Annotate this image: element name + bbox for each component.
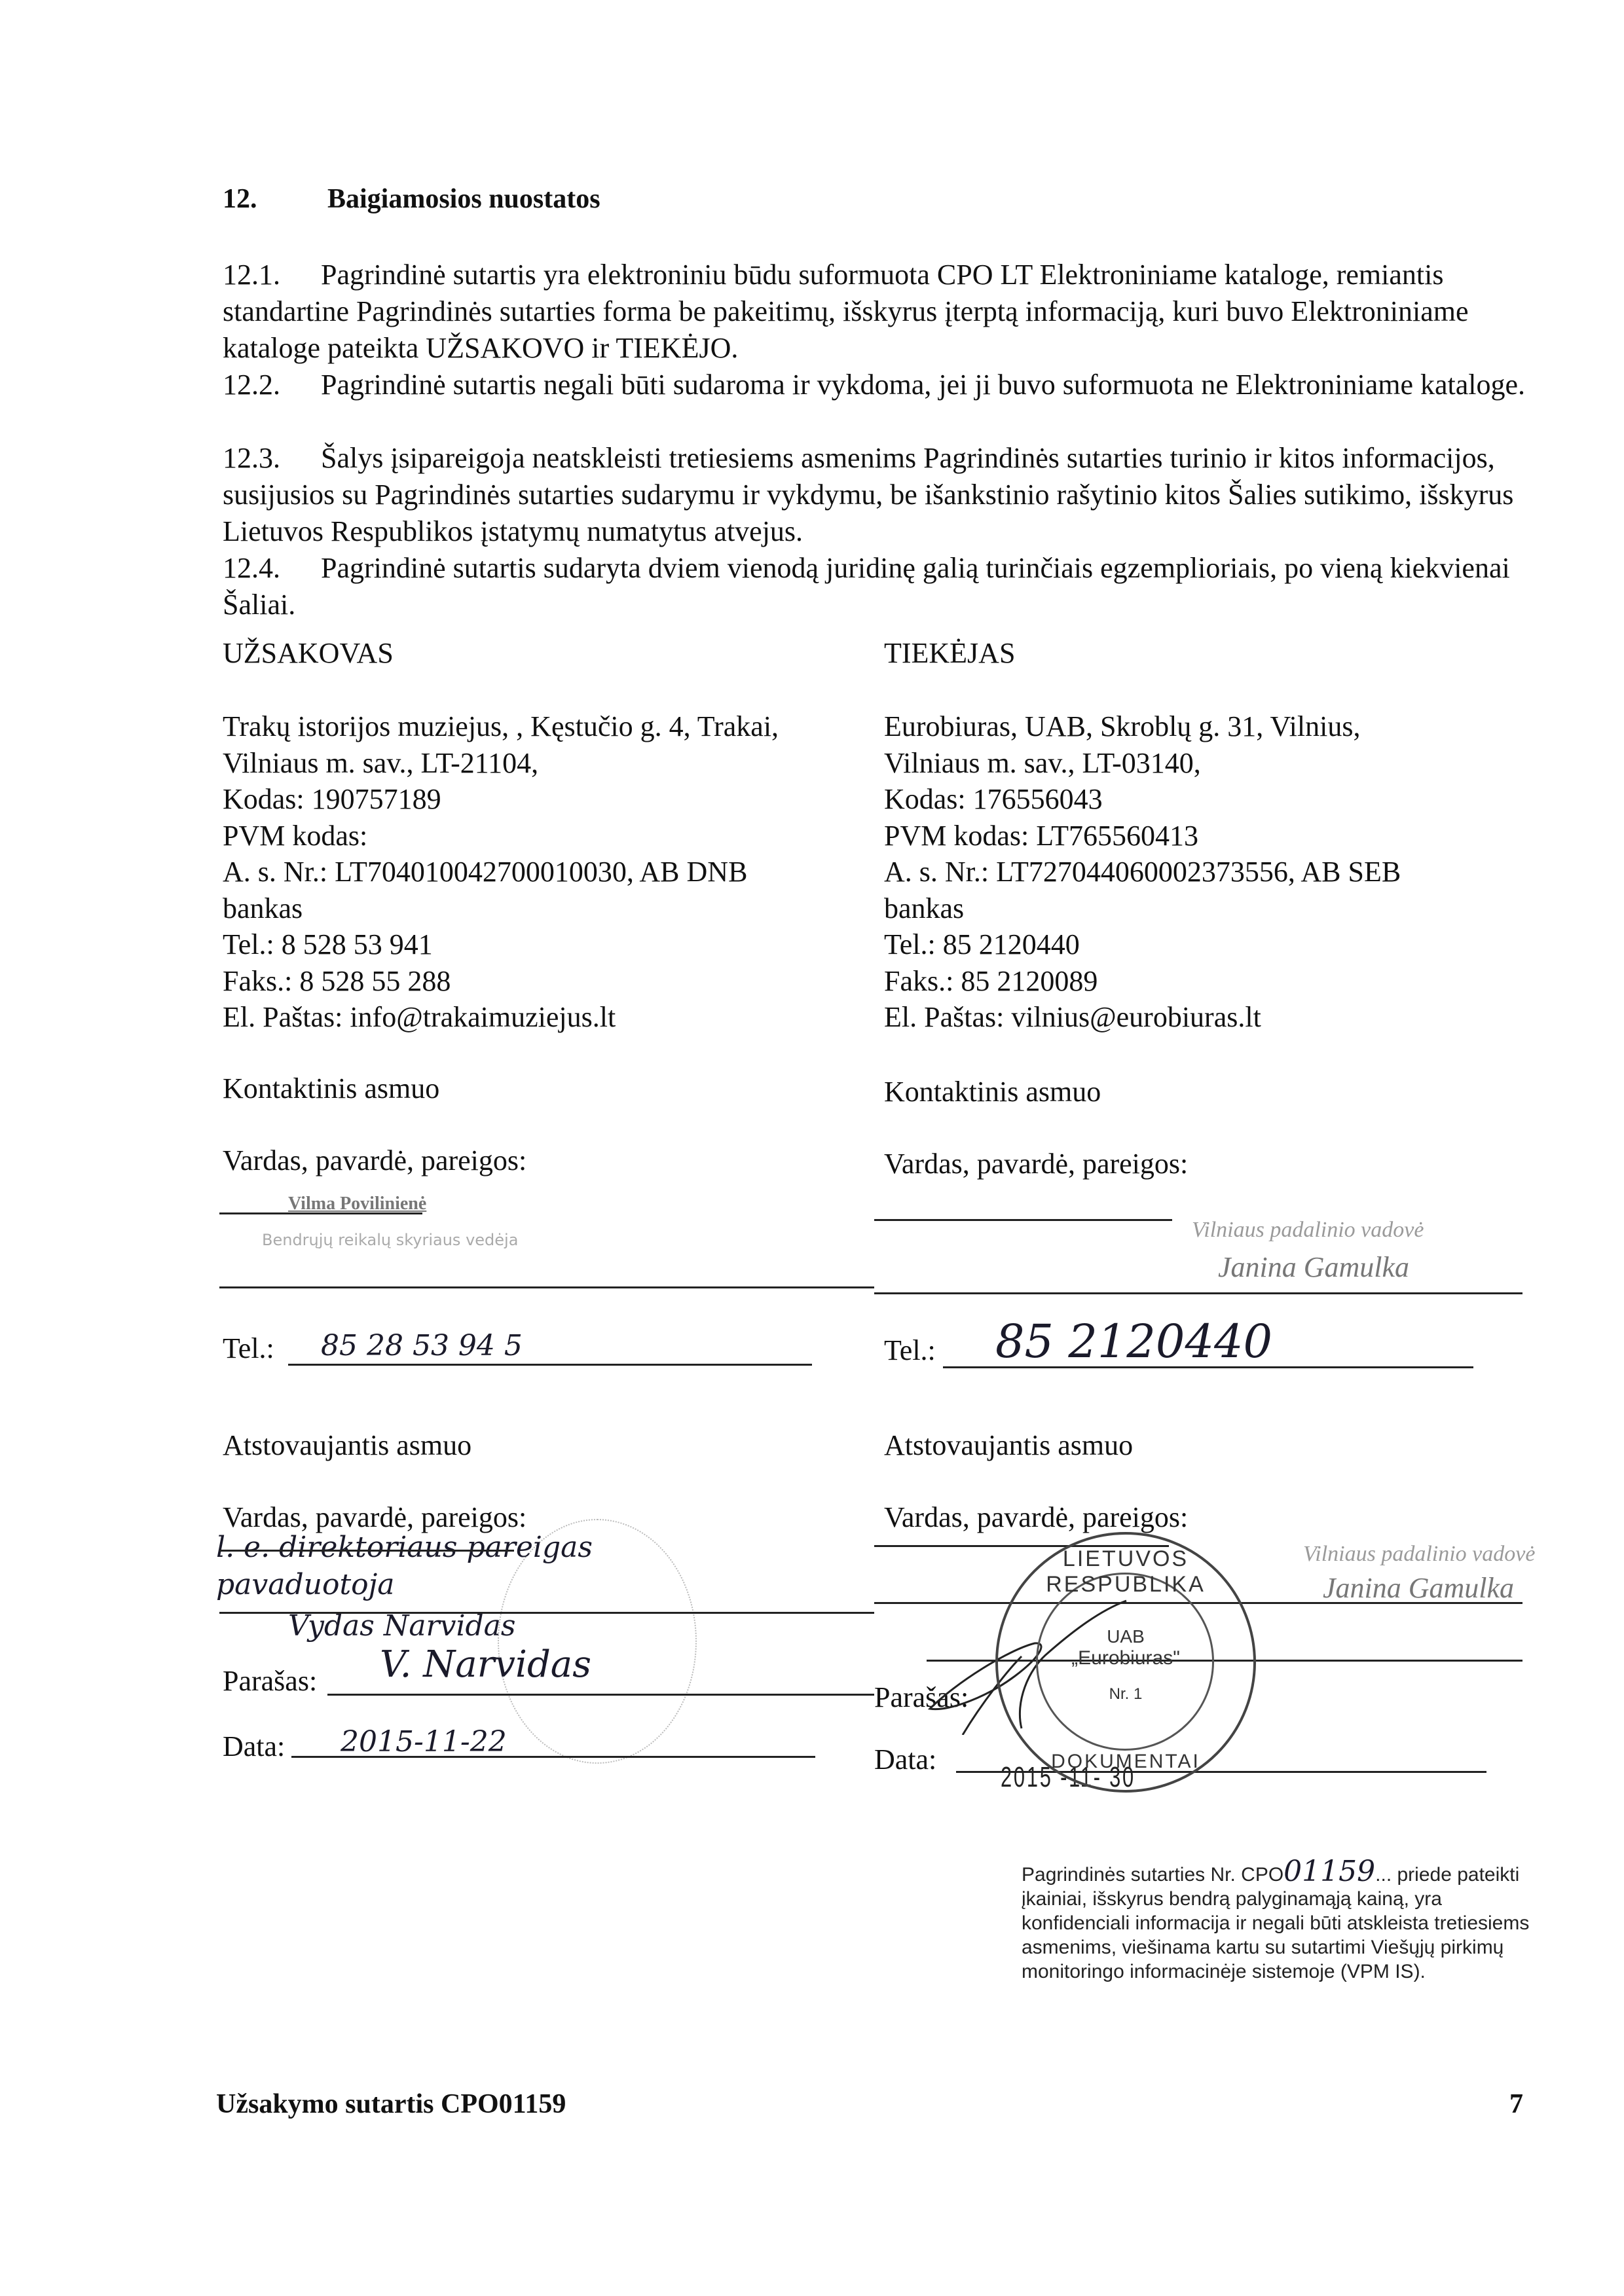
customer-account: A. s. Nr.: LT704010042700010030, AB DNB <box>223 854 779 890</box>
clause-text: Pagrindinė sutartis negali būti sudaroma… <box>321 369 1525 401</box>
seal-outer-bottom: DOKUMENTAI <box>998 1751 1253 1773</box>
customer-date-handwritten: 2015-11-22 <box>341 1725 507 1758</box>
page-number: 7 <box>1509 2088 1523 2120</box>
customer-rep-heading: Atstovaujantis asmuo <box>223 1427 471 1464</box>
customer-address: Trakų istorijos muziejus, , Kęstučio g. … <box>223 708 779 745</box>
supplier-fax: Faks.: 85 2120089 <box>884 963 1401 1000</box>
supplier-tel-line <box>943 1366 1473 1368</box>
clause-12-4: 12.4.Pagrindinė sutartis sudaryta dviem … <box>223 550 1539 623</box>
supplier-contact-stamp-name: Janina Gamulka <box>1218 1250 1409 1284</box>
clause-12-2: 12.2.Pagrindinė sutartis negali būti sud… <box>223 367 1539 403</box>
supplier-details: Eurobiuras, UAB, Skroblų g. 31, Vilnius,… <box>884 708 1401 1036</box>
customer-details: Trakų istorijos muziejus, , Kęstučio g. … <box>223 708 779 1036</box>
supplier-rep-stamp-name: Janina Gamulka <box>1323 1571 1514 1605</box>
section-number: 12. <box>223 183 257 215</box>
document-page: 12. Baigiamosios nuostatos 12.1.Pagrindi… <box>0 0 1624 2296</box>
customer-vat: PVM kodas: <box>223 818 779 854</box>
supplier-email: El. Paštas: vilnius@eurobiuras.lt <box>884 999 1401 1036</box>
customer-contact-line <box>219 1286 874 1288</box>
customer-rep-line <box>219 1612 874 1614</box>
customer-contact-stamp-title: Bendrųjų reikalų skyriaus vedėja <box>262 1231 518 1249</box>
supplier-city: Vilniaus m. sav., LT-03140, <box>884 745 1401 782</box>
supplier-date-label: Data: <box>874 1741 936 1778</box>
supplier-rep-heading: Atstovaujantis asmuo <box>884 1427 1133 1464</box>
section-title: Baigiamosios nuostatos <box>327 183 600 215</box>
customer-fax: Faks.: 8 528 55 288 <box>223 963 779 1000</box>
company-seal: LIETUVOS RESPUBLIKA UAB „Eurobiuras" Nr.… <box>995 1532 1256 1793</box>
supplier-contact-name-line <box>874 1219 1172 1221</box>
clause-number: 12.4. <box>223 550 321 587</box>
supplier-bank: bankas <box>884 890 1401 927</box>
note-prefix: Pagrindinės sutarties Nr. CPO <box>1022 1864 1283 1886</box>
customer-phone: Tel.: 8 528 53 941 <box>223 926 779 963</box>
customer-contact-name-label: Vardas, pavardė, pareigos: <box>223 1142 526 1179</box>
clause-12-1: 12.1.Pagrindinė sutartis yra elektronini… <box>223 257 1539 367</box>
customer-rep-handwritten-2: pavaduotoja <box>216 1568 395 1601</box>
clause-text: Pagrindinė sutartis yra elektroniniu būd… <box>223 259 1469 364</box>
customer-tel-line <box>288 1364 812 1366</box>
customer-signature: V. Narvidas <box>380 1643 591 1686</box>
supplier-heading: TIEKĖJAS <box>884 635 1015 672</box>
customer-city: Vilniaus m. sav., LT-21104, <box>223 745 779 782</box>
customer-contact-stamp-name: Vilma Povilinienė <box>288 1194 426 1214</box>
clause-text: Pagrindinė sutartis sudaryta dviem vieno… <box>223 552 1510 621</box>
customer-contact-heading: Kontaktinis asmuo <box>223 1070 439 1107</box>
customer-date-label: Data: <box>223 1728 285 1765</box>
confidentiality-note: Pagrindinės sutarties Nr. CPO01159... pr… <box>1022 1859 1532 1984</box>
note-handwritten-number: 01159 <box>1283 1855 1375 1888</box>
seal-outer-top: LIETUVOS RESPUBLIKA <box>998 1546 1253 1597</box>
supplier-vat: PVM kodas: LT765560413 <box>884 818 1401 854</box>
customer-date-line <box>291 1756 815 1758</box>
seal-line2: „Eurobiuras" <box>998 1647 1253 1669</box>
customer-rep-name-line <box>219 1550 514 1552</box>
seal-line1: UAB <box>998 1626 1253 1647</box>
customer-bank: bankas <box>223 890 779 927</box>
supplier-tel-handwritten: 85 2120440 <box>995 1315 1272 1368</box>
supplier-contact-stamp-title: Vilniaus padalinio vadovė <box>1192 1218 1424 1243</box>
supplier-contact-line <box>874 1292 1522 1294</box>
customer-code: Kodas: 190757189 <box>223 781 779 818</box>
supplier-account: A. s. Nr.: LT727044060002373556, AB SEB <box>884 854 1401 890</box>
customer-tel-handwritten: 85 28 53 94 5 <box>321 1329 523 1362</box>
customer-rep-handwritten-1: l. e. direktoriaus pareigas <box>216 1531 593 1564</box>
supplier-phone: Tel.: 85 2120440 <box>884 926 1401 963</box>
supplier-contact-name-label: Vardas, pavardė, pareigos: <box>884 1146 1188 1182</box>
customer-signature-line <box>327 1694 874 1696</box>
seal-line3: Nr. 1 <box>998 1685 1253 1704</box>
customer-signature-label: Parašas: <box>223 1663 317 1700</box>
clause-number: 12.1. <box>223 257 321 293</box>
footer-title: Užsakymo sutartis CPO01159 <box>216 2088 566 2120</box>
supplier-rep-name-label: Vardas, pavardė, pareigos: <box>884 1499 1188 1536</box>
supplier-address: Eurobiuras, UAB, Skroblų g. 31, Vilnius, <box>884 708 1401 745</box>
supplier-contact-heading: Kontaktinis asmuo <box>884 1074 1101 1110</box>
clause-text: Šalys įsipareigoja neatskleisti tretiesi… <box>223 442 1513 547</box>
clause-number: 12.2. <box>223 367 321 403</box>
customer-email: El. Paštas: info@trakaimuziejus.lt <box>223 999 779 1036</box>
clause-12-3: 12.3.Šalys įsipareigoja neatskleisti tre… <box>223 440 1539 550</box>
clause-number: 12.3. <box>223 440 321 477</box>
customer-heading: UŽSAKOVAS <box>223 635 394 672</box>
supplier-rep-stamp-title: Vilniaus padalinio vadovė <box>1303 1542 1535 1567</box>
customer-rep-handwritten-3: Vydas Narvidas <box>288 1609 516 1643</box>
supplier-tel-label: Tel.: <box>884 1332 936 1369</box>
supplier-code: Kodas: 176556043 <box>884 781 1401 818</box>
customer-tel-label: Tel.: <box>223 1330 274 1367</box>
